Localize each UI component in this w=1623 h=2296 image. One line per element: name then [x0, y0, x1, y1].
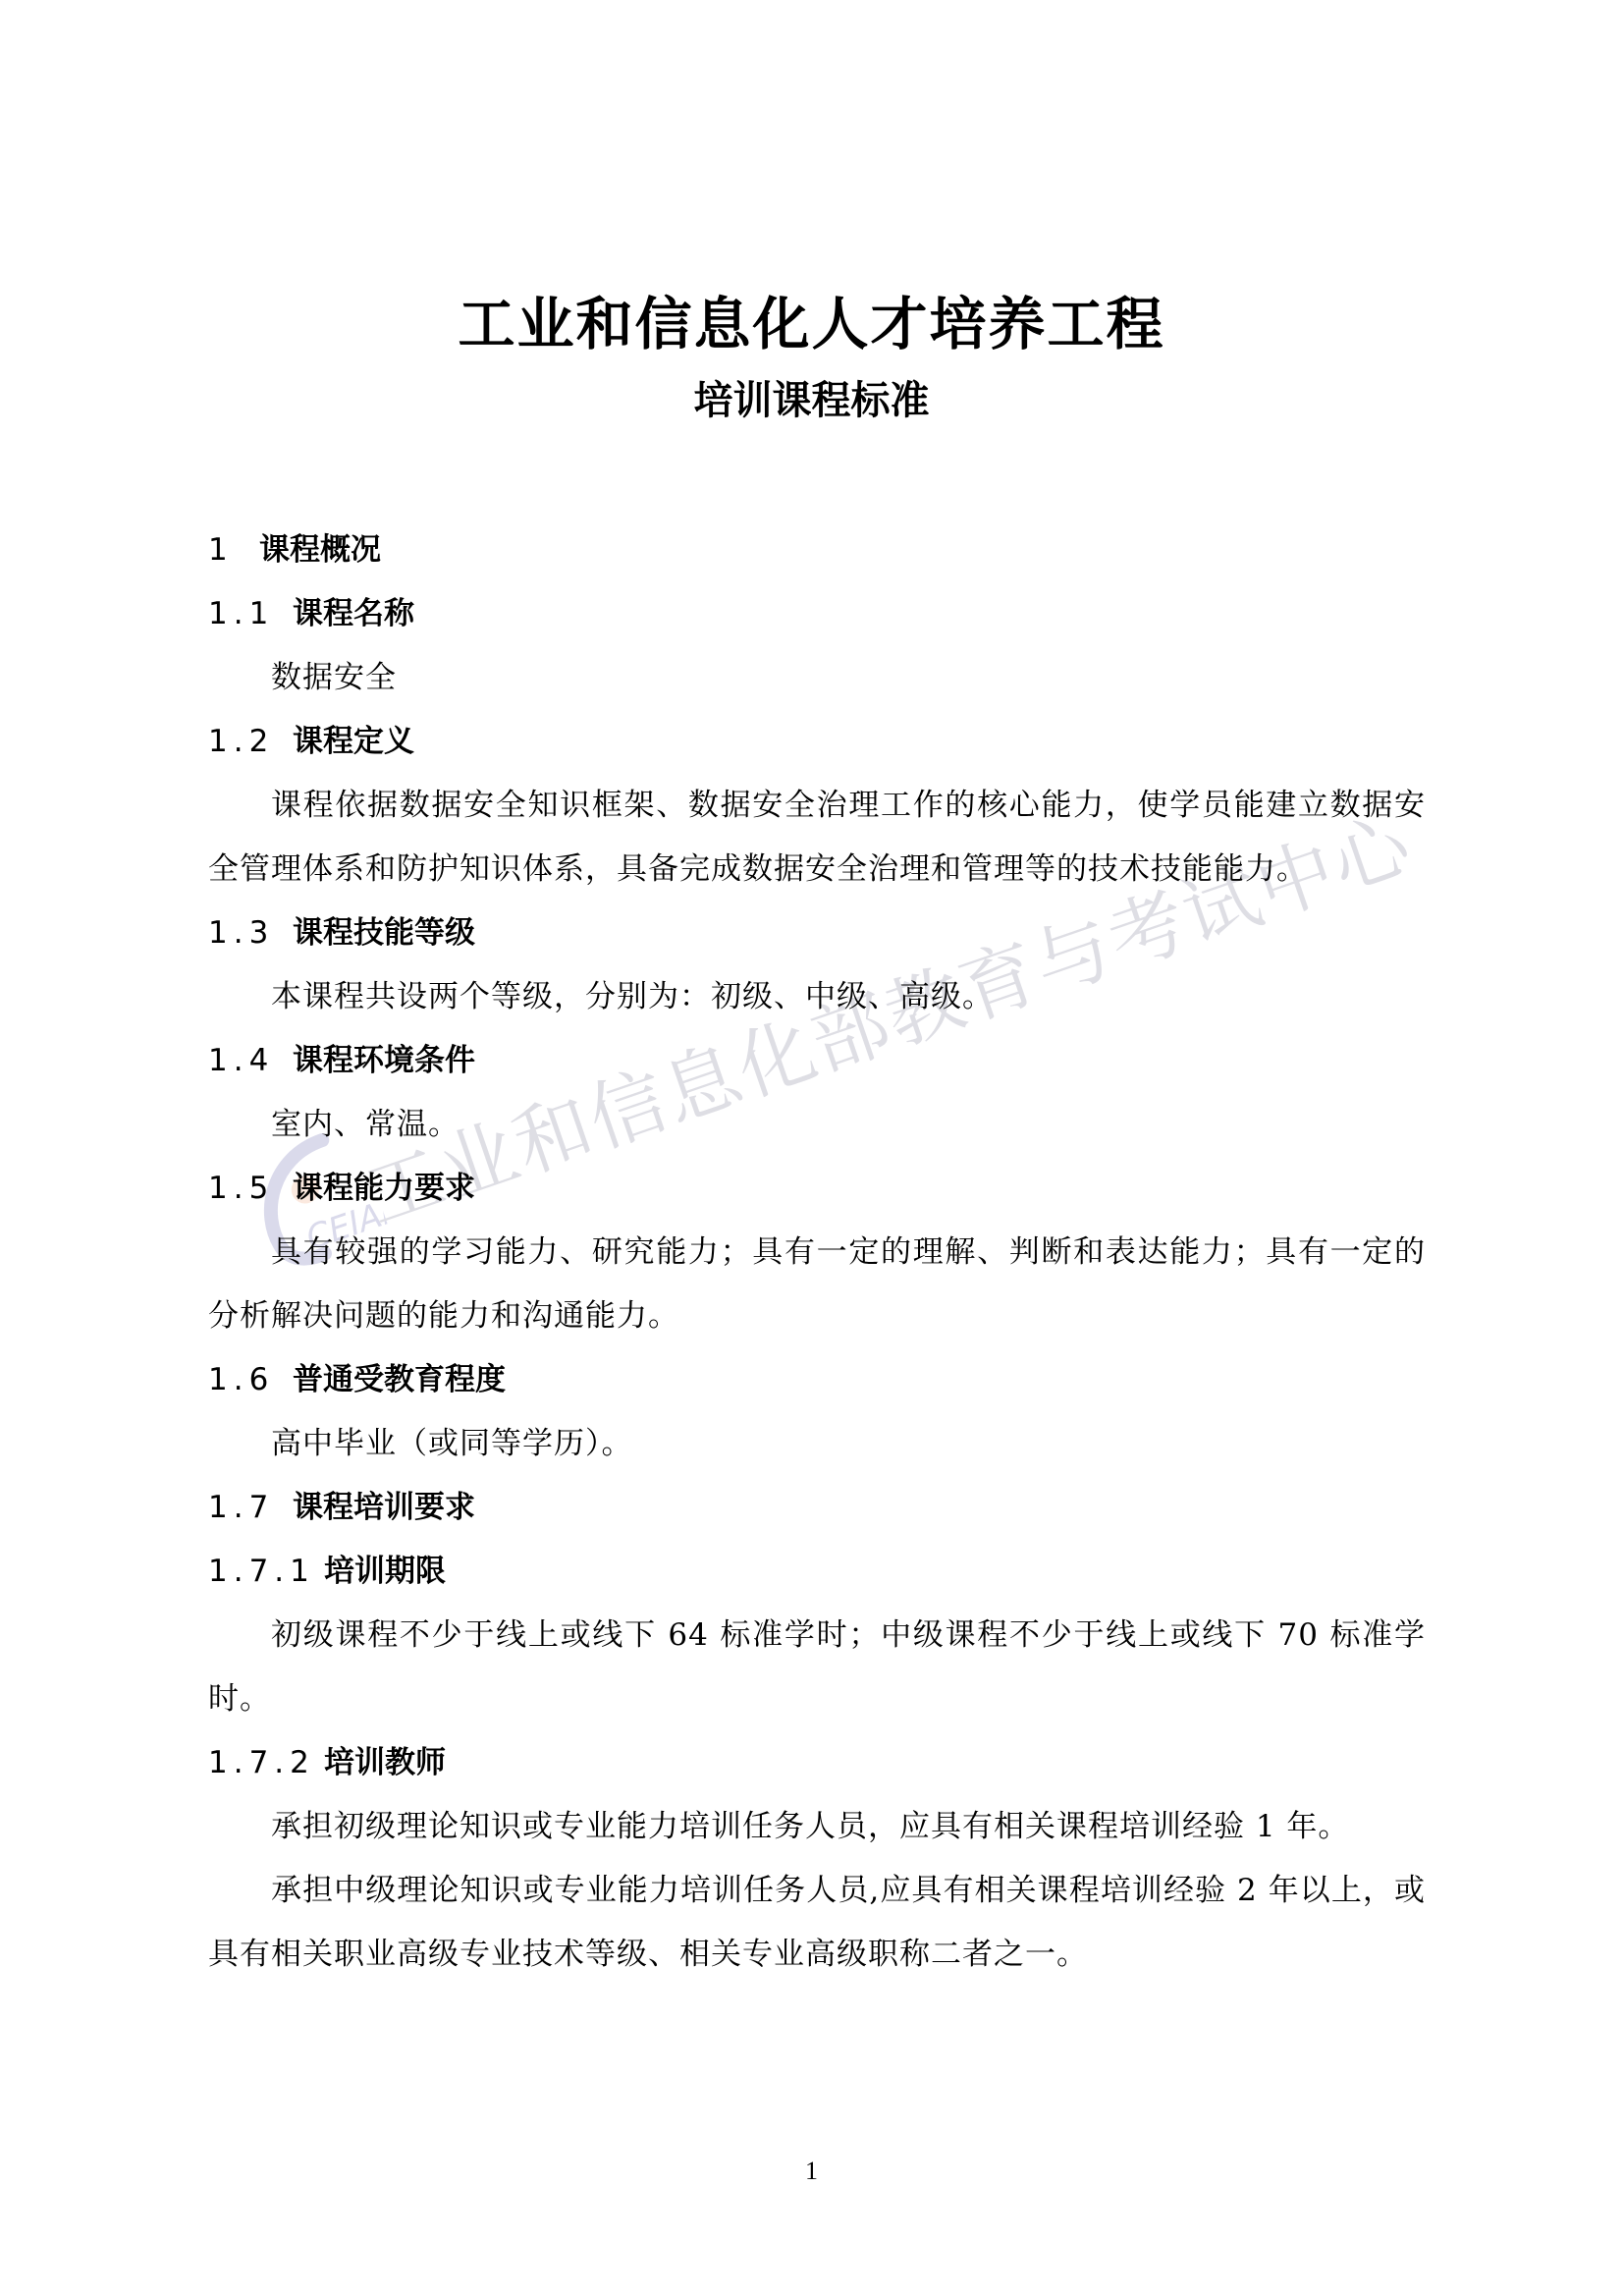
paragraph: 本课程共设两个等级，分别为：初级、中级、高级。 — [208, 965, 1426, 1029]
document-subtitle: 培训课程标准 — [0, 371, 1623, 430]
paragraph: 承担初级理论知识或专业能力培训任务人员，应具有相关课程培训经验 1 年。 — [208, 1795, 1426, 1859]
section-number: 1.7.2 — [208, 1731, 324, 1795]
section-number: 1.7.1 — [208, 1540, 324, 1604]
section-title: 普通受教育程度 — [293, 1362, 506, 1397]
section-heading-1-7-2: 1.7.2培训教师 — [208, 1731, 1426, 1795]
section-heading-1-2: 1.2课程定义 — [208, 710, 1426, 774]
section-heading-1-6: 1.6普通受教育程度 — [208, 1348, 1426, 1412]
page-number: 1 — [0, 2157, 1623, 2186]
section-number: 1.5 — [208, 1157, 293, 1221]
section-title: 课程能力要求 — [293, 1171, 475, 1206]
section-title: 课程定义 — [293, 724, 414, 759]
section-title: 课程技能等级 — [293, 915, 475, 951]
section-heading-1-1: 1.1课程名称 — [208, 582, 1426, 646]
section-heading-1-7-1: 1.7.1培训期限 — [208, 1540, 1426, 1604]
section-title: 课程培训要求 — [293, 1490, 475, 1525]
paragraph: 具有较强的学习能力、研究能力；具有一定的理解、判断和表达能力；具有一定的分析解决… — [208, 1221, 1426, 1348]
section-number: 1.1 — [208, 582, 293, 646]
section-number: 1.4 — [208, 1029, 293, 1093]
paragraph: 室内、常温。 — [208, 1093, 1426, 1157]
document-page: CEIAEC 工业和信息化部教育与考试中心 工业和信息化人才培养工程 培训课程标… — [0, 0, 1623, 2296]
section-title: 课程环境条件 — [293, 1043, 475, 1078]
paragraph: 数据安全 — [208, 646, 1426, 710]
section-number: 1.2 — [208, 710, 293, 774]
paragraph: 初级课程不少于线上或线下 64 标准学时；中级课程不少于线上或线下 70 标准学… — [208, 1604, 1426, 1731]
section-title: 课程概况 — [259, 532, 381, 568]
section-number: 1.3 — [208, 902, 293, 965]
section-heading-1-4: 1.4课程环境条件 — [208, 1029, 1426, 1093]
section-number: 1.7 — [208, 1476, 293, 1540]
section-heading-1-3: 1.3课程技能等级 — [208, 902, 1426, 965]
paragraph: 承担中级理论知识或专业能力培训任务人员,应具有相关课程培训经验 2 年以上，或具… — [208, 1859, 1426, 1987]
section-heading-1-7: 1.7课程培训要求 — [208, 1476, 1426, 1540]
document-body: 1课程概况 1.1课程名称 数据安全 1.2课程定义 课程依据数据安全知识框架、… — [208, 519, 1426, 1987]
document-title: 工业和信息化人才培养工程 — [0, 285, 1623, 363]
section-number: 1.6 — [208, 1348, 293, 1412]
paragraph: 高中毕业（或同等学历）。 — [208, 1412, 1426, 1476]
section-heading-1: 1课程概况 — [208, 519, 1426, 582]
section-title: 培训教师 — [324, 1745, 446, 1780]
paragraph: 课程依据数据安全知识框架、数据安全治理工作的核心能力，使学员能建立数据安全管理体… — [208, 774, 1426, 902]
section-title: 培训期限 — [324, 1554, 446, 1589]
section-number: 1 — [208, 519, 259, 582]
section-heading-1-5: 1.5课程能力要求 — [208, 1157, 1426, 1221]
section-title: 课程名称 — [293, 596, 414, 631]
